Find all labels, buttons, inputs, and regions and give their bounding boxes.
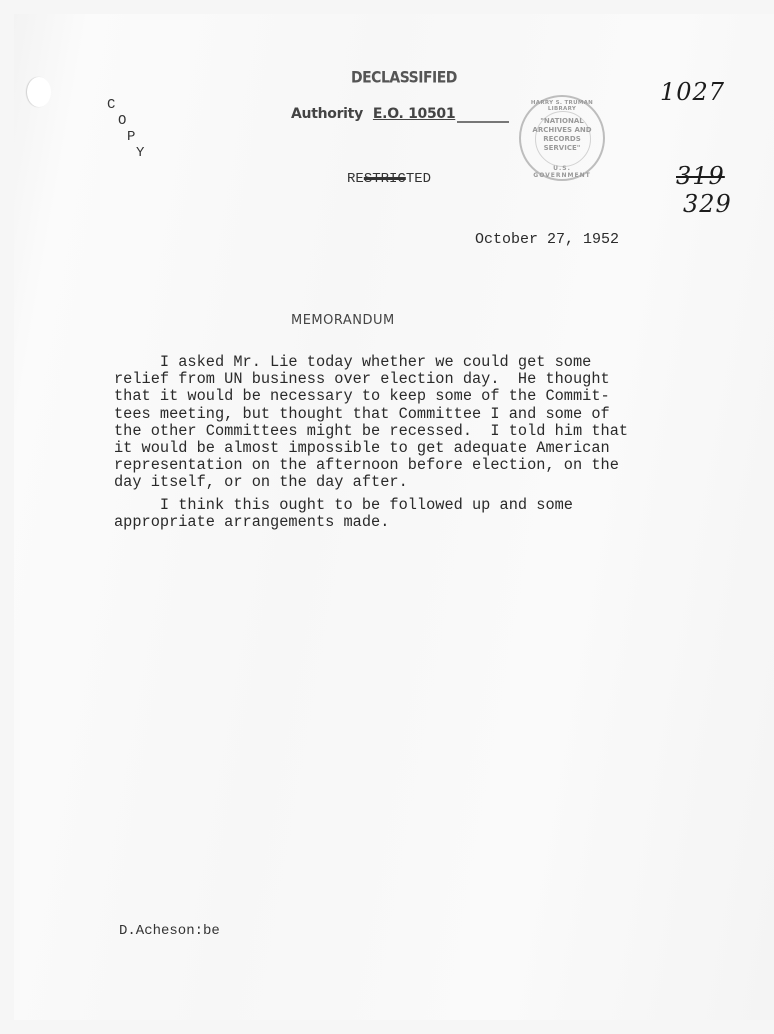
body-paragraph-1: I asked Mr. Lie today whether we could g… [114, 354, 628, 492]
body-line: it would be almost impossible to get ade… [114, 440, 628, 457]
copy-letter: Y [136, 145, 144, 161]
body-line: the other Committees might be recessed. … [114, 423, 628, 440]
memo-date: October 27, 1952 [475, 231, 619, 248]
seal-ring-bottom-text: U.S. GOVERNMENT [525, 165, 599, 179]
copy-letter: P [127, 129, 135, 145]
body-line: that it would be necessary to keep some … [114, 388, 628, 405]
body-line: representation on the afternoon before e… [114, 457, 628, 474]
body-line: I think this ought to be followed up and… [114, 497, 573, 514]
classification-suffix: TED [406, 171, 431, 187]
body-line: day itself, or on the day after. [114, 474, 628, 491]
handwritten-folio-number: 1027 [660, 78, 725, 106]
body-line: appropriate arrangements made. [114, 514, 573, 531]
copy-letter: C [107, 97, 115, 113]
body-line: tees meeting, but thought that Committee… [114, 406, 628, 423]
classification-struck: STRIC [364, 171, 406, 187]
classification-prefix: RE [347, 171, 364, 187]
classification-marking: RESTRICTED [347, 171, 431, 187]
authority-reference: E.O. 10501 [373, 106, 455, 122]
handwritten-struck-number: 319 [676, 162, 725, 190]
author-initials: D.Acheson:be [119, 923, 220, 939]
copy-letter: O [118, 113, 126, 129]
body-line: relief from UN business over election da… [114, 371, 628, 388]
memo-title: MEMORANDUM [291, 313, 395, 328]
seal-center-text: "NATIONAL ARCHIVES AND RECORDS SERVICE" [531, 117, 593, 153]
body-line: I asked Mr. Lie today whether we could g… [114, 354, 628, 371]
body-paragraph-2: I think this ought to be followed up and… [114, 497, 573, 531]
declassified-stamp: DECLASSIFIED [351, 69, 457, 87]
seal-ring-top-text: HARRY S. TRUMAN LIBRARY [525, 100, 599, 112]
authority-stamp: AuthorityE.O. 10501 [291, 106, 509, 122]
authority-signature-line [457, 111, 508, 123]
handwritten-page-number: 329 [683, 190, 732, 218]
authority-label: Authority [291, 106, 363, 122]
library-seal: HARRY S. TRUMAN LIBRARY "NATIONAL ARCHIV… [519, 95, 605, 181]
punch-hole [27, 77, 51, 107]
